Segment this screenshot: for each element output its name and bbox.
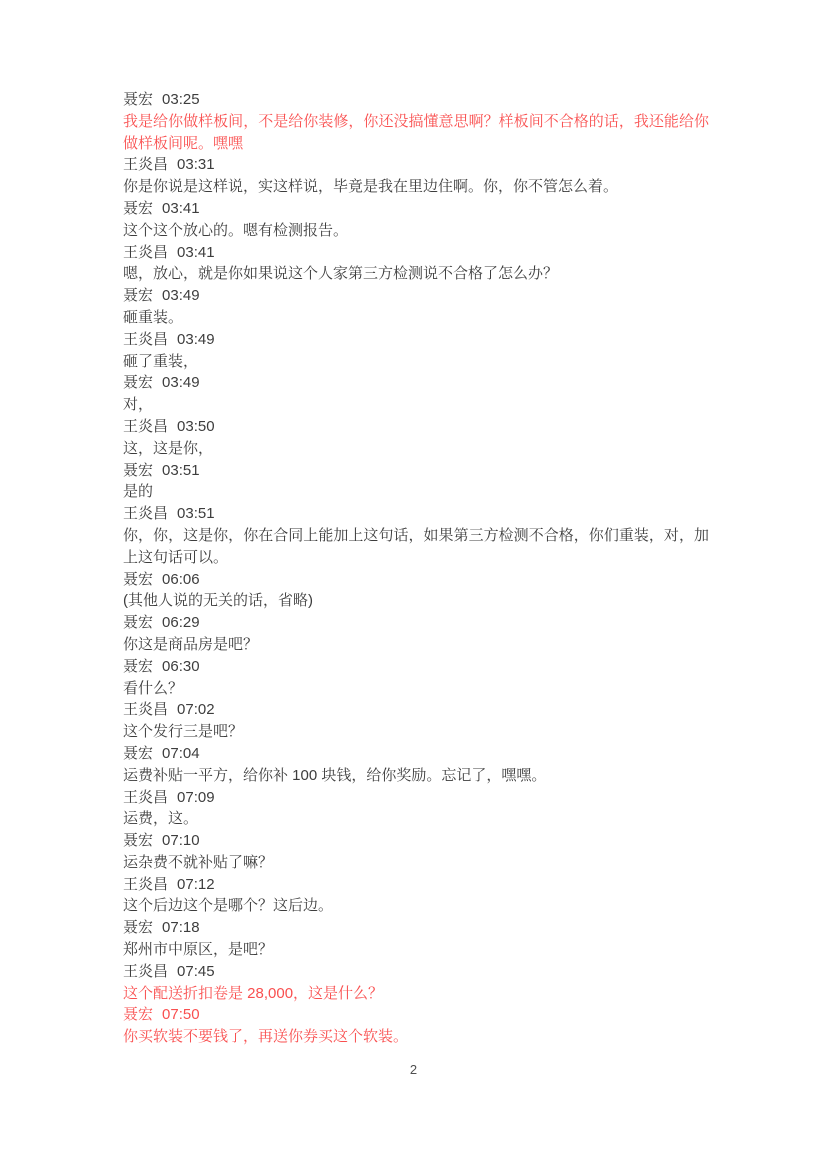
transcript-message: 王炎昌03:49 砸了重装， xyxy=(123,329,709,373)
message-text: 你是你说是这样说，实这样说，毕竟是我在里边住啊。你，你不管怎么着。 xyxy=(123,176,709,198)
message-header: 王炎昌03:51 xyxy=(123,503,709,525)
message-time: 03:41 xyxy=(177,244,215,261)
transcript-message: 聂宏03:25 我是给你做样板间，不是给你装修，你还没搞懂意思啊？样板间不合格的… xyxy=(123,89,709,154)
transcript-message: 王炎昌07:02 这个发行三是吧？ xyxy=(123,699,709,743)
message-time: 03:49 xyxy=(162,287,200,304)
transcript-message: 王炎昌07:12 这个后边这个是哪个？这后边。 xyxy=(123,874,709,918)
transcript-message: 王炎昌03:50 这，这是你， xyxy=(123,416,709,460)
transcript-message: 王炎昌03:51 你，你，这是你，你在合同上能加上这句话，如果第三方检测不合格，… xyxy=(123,503,709,568)
message-text: (其他人说的无关的话，省略) xyxy=(123,590,709,612)
speaker-name: 聂宏 xyxy=(123,91,153,108)
message-header: 王炎昌03:50 xyxy=(123,416,709,438)
message-header: 聂宏06:29 xyxy=(123,612,709,634)
message-header: 王炎昌07:09 xyxy=(123,787,709,809)
message-header: 王炎昌07:12 xyxy=(123,874,709,896)
speaker-name: 聂宏 xyxy=(123,287,153,304)
message-text: 这个配送折扣卷是 28,000，这是什么？ xyxy=(123,983,709,1005)
transcript-message: 聂宏03:49 对， xyxy=(123,372,709,416)
speaker-name: 王炎昌 xyxy=(123,963,168,980)
message-header: 聂宏03:49 xyxy=(123,372,709,394)
message-time: 07:02 xyxy=(177,701,215,718)
message-time: 03:51 xyxy=(162,462,200,479)
message-time: 07:12 xyxy=(177,876,215,893)
message-header: 聂宏07:18 xyxy=(123,917,709,939)
message-time: 03:25 xyxy=(162,91,200,108)
transcript-message: 王炎昌03:31 你是你说是这样说，实这样说，毕竟是我在里边住啊。你，你不管怎么… xyxy=(123,154,709,198)
transcript-message: 聂宏03:49 砸重装。 xyxy=(123,285,709,329)
speaker-name: 聂宏 xyxy=(123,571,153,588)
message-time: 07:18 xyxy=(162,919,200,936)
message-header: 王炎昌07:02 xyxy=(123,699,709,721)
message-header: 聂宏06:06 xyxy=(123,569,709,591)
transcript-message: 聂宏06:06 (其他人说的无关的话，省略) xyxy=(123,569,709,613)
message-text: 这个这个放心的。嗯有检测报告。 xyxy=(123,220,709,242)
speaker-name: 王炎昌 xyxy=(123,789,168,806)
message-time: 06:30 xyxy=(162,658,200,675)
message-text: 你这是商品房是吧？ xyxy=(123,634,709,656)
page-number: 2 xyxy=(0,1062,827,1078)
speaker-name: 聂宏 xyxy=(123,745,153,762)
message-header: 王炎昌07:45 xyxy=(123,961,709,983)
message-text: 是的 xyxy=(123,481,709,503)
document-page: 聂宏03:25 我是给你做样板间，不是给你装修，你还没搞懂意思啊？样板间不合格的… xyxy=(0,0,827,1169)
message-text: 对， xyxy=(123,394,709,416)
message-time: 07:45 xyxy=(177,963,215,980)
message-text: 我是给你做样板间，不是给你装修，你还没搞懂意思啊？样板间不合格的话，我还能给你做… xyxy=(123,111,709,155)
message-header: 王炎昌03:49 xyxy=(123,329,709,351)
message-text: 这个发行三是吧？ xyxy=(123,721,709,743)
speaker-name: 聂宏 xyxy=(123,374,153,391)
transcript-message: 王炎昌07:09 运费，这。 xyxy=(123,787,709,831)
message-time: 07:04 xyxy=(162,745,200,762)
speaker-name: 聂宏 xyxy=(123,614,153,631)
transcript-message: 聂宏07:50 你买软装不要钱了，再送你券买这个软装。 xyxy=(123,1004,709,1048)
message-time: 03:51 xyxy=(177,505,215,522)
message-text: 你，你，这是你，你在合同上能加上这句话，如果第三方检测不合格，你们重装，对，加上… xyxy=(123,525,709,569)
transcript-message: 聂宏03:41 这个这个放心的。嗯有检测报告。 xyxy=(123,198,709,242)
transcript-message: 聂宏06:30 看什么？ xyxy=(123,656,709,700)
message-time: 06:06 xyxy=(162,571,200,588)
transcript: 聂宏03:25 我是给你做样板间，不是给你装修，你还没搞懂意思啊？样板间不合格的… xyxy=(123,89,709,1048)
message-time: 06:29 xyxy=(162,614,200,631)
message-time: 03:49 xyxy=(162,374,200,391)
message-header: 聂宏06:30 xyxy=(123,656,709,678)
speaker-name: 王炎昌 xyxy=(123,701,168,718)
message-time: 03:31 xyxy=(177,156,215,173)
message-header: 聂宏03:49 xyxy=(123,285,709,307)
message-time: 07:09 xyxy=(177,789,215,806)
speaker-name: 王炎昌 xyxy=(123,418,168,435)
message-header: 王炎昌03:31 xyxy=(123,154,709,176)
message-text: 运杂费不就补贴了嘛？ xyxy=(123,852,709,874)
speaker-name: 聂宏 xyxy=(123,919,153,936)
message-text: 这个后边这个是哪个？这后边。 xyxy=(123,895,709,917)
transcript-message: 聂宏07:04 运费补贴一平方，给你补 100 块钱，给你奖励。忘记了，嘿嘿。 xyxy=(123,743,709,787)
message-time: 03:50 xyxy=(177,418,215,435)
transcript-message: 聂宏06:29 你这是商品房是吧？ xyxy=(123,612,709,656)
speaker-name: 聂宏 xyxy=(123,832,153,849)
transcript-message: 王炎昌07:45 这个配送折扣卷是 28,000，这是什么？ xyxy=(123,961,709,1005)
speaker-name: 王炎昌 xyxy=(123,331,168,348)
message-header: 聂宏03:25 xyxy=(123,89,709,111)
transcript-message: 王炎昌03:41 嗯，放心，就是你如果说这个人家第三方检测说不合格了怎么办？ xyxy=(123,242,709,286)
message-header: 王炎昌03:41 xyxy=(123,242,709,264)
message-header: 聂宏03:51 xyxy=(123,460,709,482)
message-text: 嗯，放心，就是你如果说这个人家第三方检测说不合格了怎么办？ xyxy=(123,263,709,285)
speaker-name: 王炎昌 xyxy=(123,876,168,893)
message-text: 这，这是你， xyxy=(123,438,709,460)
message-time: 07:50 xyxy=(162,1006,200,1023)
speaker-name: 聂宏 xyxy=(123,462,153,479)
message-text: 郑州市中原区，是吧？ xyxy=(123,939,709,961)
transcript-message: 聂宏07:10 运杂费不就补贴了嘛？ xyxy=(123,830,709,874)
speaker-name: 聂宏 xyxy=(123,200,153,217)
message-text: 运费，这。 xyxy=(123,808,709,830)
message-text: 砸重装。 xyxy=(123,307,709,329)
message-text: 看什么？ xyxy=(123,678,709,700)
message-time: 03:49 xyxy=(177,331,215,348)
message-text: 砸了重装， xyxy=(123,351,709,373)
message-text: 运费补贴一平方，给你补 100 块钱，给你奖励。忘记了，嘿嘿。 xyxy=(123,765,709,787)
message-time: 07:10 xyxy=(162,832,200,849)
message-header: 聂宏03:41 xyxy=(123,198,709,220)
speaker-name: 王炎昌 xyxy=(123,156,168,173)
transcript-message: 聂宏03:51 是的 xyxy=(123,460,709,504)
speaker-name: 王炎昌 xyxy=(123,244,168,261)
message-header: 聂宏07:10 xyxy=(123,830,709,852)
speaker-name: 聂宏 xyxy=(123,1006,153,1023)
transcript-message: 聂宏07:18 郑州市中原区，是吧？ xyxy=(123,917,709,961)
speaker-name: 聂宏 xyxy=(123,658,153,675)
message-header: 聂宏07:04 xyxy=(123,743,709,765)
speaker-name: 王炎昌 xyxy=(123,505,168,522)
message-header: 聂宏07:50 xyxy=(123,1004,709,1026)
message-time: 03:41 xyxy=(162,200,200,217)
message-text: 你买软装不要钱了，再送你券买这个软装。 xyxy=(123,1026,709,1048)
